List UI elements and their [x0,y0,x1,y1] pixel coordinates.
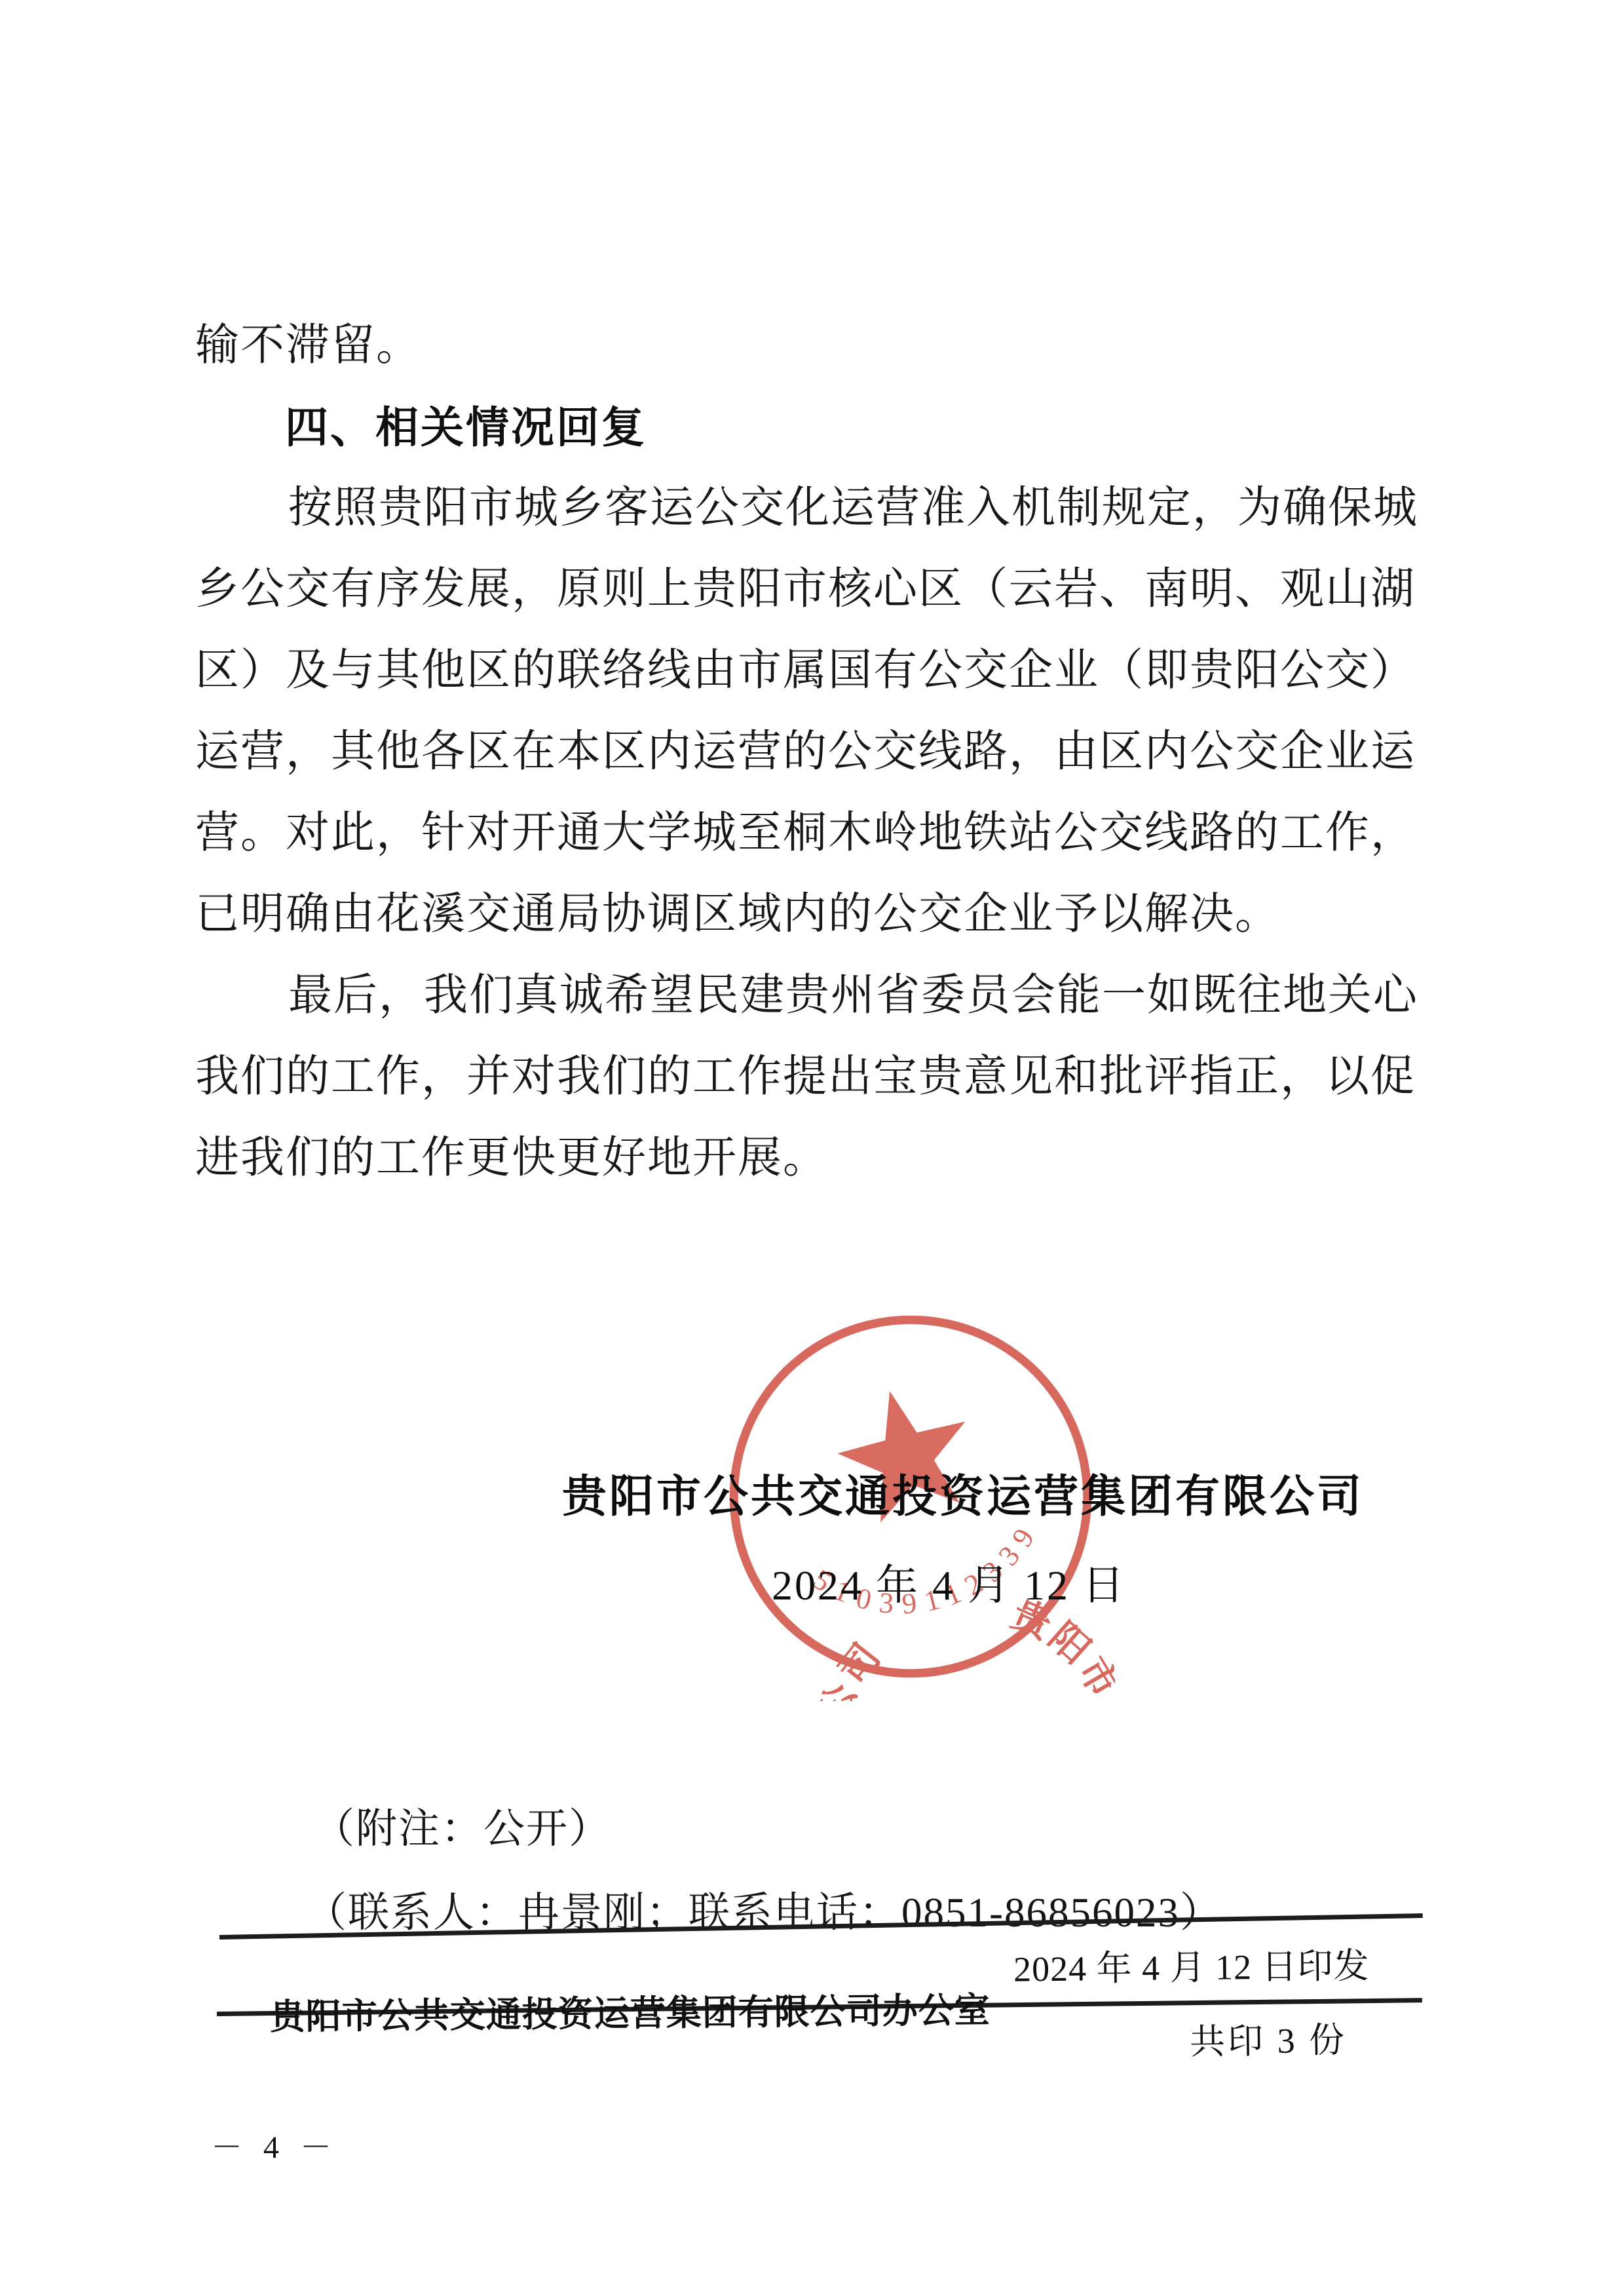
contact-note: （联系人：冉景刚；联系电话：0851-86856023） [305,1879,1222,1939]
signature-company: 贵阳市公共交通投资运营集团有限公司 [562,1461,1364,1525]
footer-copies: 共印 3 份 [1189,2012,1347,2064]
section-heading: 四、相关情况回复 [285,392,647,455]
visibility-note: （附注：公开） [313,1795,611,1855]
body-line: 按照贵阳市城乡客运公交化运营准入机制规定，为确保城 [288,472,1418,535]
signature-date: 2024 年 4 月 12 日 [772,1552,1126,1612]
body-line: 区）及与其他区的联络线由市属国有公交企业（即贵阳公交） [195,635,1416,698]
body-continuation-line: 输不滞留。 [195,310,421,373]
footer-office: 贵阳市公共交通投资运营集团有限公司办公室 [269,1991,991,2037]
body-line: 进我们的工作更快更好地开展。 [195,1122,828,1185]
body-line: 我们的工作，并对我们的工作提出宝贵意见和批评指正，以促 [195,1041,1416,1104]
body-line: 运营，其他各区在本区内运营的公交线路，由区内公交企业运 [195,716,1416,779]
body-line: 营。对此，针对开通大学城至桐木岭地铁站公交线路的工作， [195,797,1416,860]
page-number: － 4 － [211,2122,338,2167]
body-line: 乡公交有序发展，原则上贵阳市核心区（云岩、南明、观山湖 [195,554,1416,617]
footer-print-date: 2024 年 4 月 12 日印发 [1013,1938,1370,1991]
document-page: 输不滞留。 四、相关情况回复 按照贵阳市城乡客运公交化运营准入机制规定，为确保城… [0,0,1624,2296]
body-line: 最后，我们真诚希望民建贵州省委员会能一如既往地关心 [288,960,1418,1023]
body-line: 已明确由花溪交通局协调区域内的公交企业予以解决。 [195,879,1280,942]
